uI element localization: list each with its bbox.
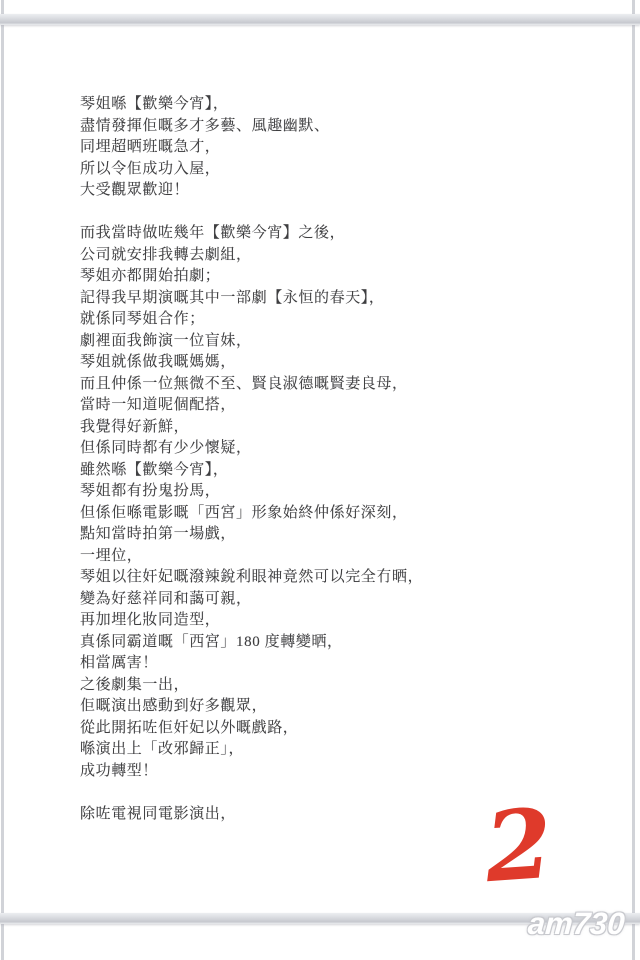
article-line: 公司就安排我轉去劇組， <box>80 245 600 267</box>
am730-watermark: am730 <box>527 906 626 942</box>
article-line: 喺演出上「改邪歸正」， <box>80 739 600 761</box>
article-line: 但係佢喺電影嘅「西宮」形象始終仲係好深刻， <box>80 503 600 525</box>
article-line: 同埋超晒班嘅急才， <box>80 137 600 159</box>
article-line: 佢嘅演出感動到好多觀眾， <box>80 696 600 718</box>
article-line: 琴姐都有扮鬼扮馬， <box>80 481 600 503</box>
scanned-article-page: 琴姐喺【歡樂今宵】，盡情發揮佢嘅多才多藝、風趣幽默、同埋超晒班嘅急才，所以令佢成… <box>0 0 640 960</box>
article-line: 琴姐亦都開始拍劇； <box>80 266 600 288</box>
article-line: 盡情發揮佢嘅多才多藝、風趣幽默、 <box>80 116 600 138</box>
article-line: 但係同時都有少少懷疑， <box>80 438 600 460</box>
article-line: 變為好慈祥同和藹可親， <box>80 589 600 611</box>
article-line: 之後劇集一出， <box>80 675 600 697</box>
article-line: 而我當時做咗幾年【歡樂今宵】之後， <box>80 223 600 245</box>
article-line: 相當厲害！ <box>80 653 600 675</box>
article-text-block: 琴姐喺【歡樂今宵】，盡情發揮佢嘅多才多藝、風趣幽默、同埋超晒班嘅急才，所以令佢成… <box>80 94 600 825</box>
article-line: 一埋位， <box>80 546 600 568</box>
article-line: 當時一知道呢個配搭， <box>80 395 600 417</box>
article-line: 琴姐喺【歡樂今宵】， <box>80 94 600 116</box>
article-line: 真係同霸道嘅「西宮」180 度轉變晒， <box>80 632 600 654</box>
article-line: 成功轉型！ <box>80 761 600 783</box>
article-line: 琴姐以往奸妃嘅潑辣銳利眼神竟然可以完全冇晒， <box>80 567 600 589</box>
article-line: 大受觀眾歡迎！ <box>80 180 600 202</box>
article-line: 所以令佢成功入屋， <box>80 159 600 181</box>
article-line: 再加埋化妝同造型， <box>80 610 600 632</box>
page-edge-line-left <box>1 0 4 960</box>
article-line: 記得我早期演嘅其中一部劇【永恒的春天】， <box>80 288 600 310</box>
article-line: 而且仲係一位無微不至、賢良淑德嘅賢妻良母， <box>80 374 600 396</box>
page-divider-top <box>0 14 640 25</box>
handwritten-page-number: 2 <box>470 793 567 909</box>
article-line: 點知當時拍第一場戲， <box>80 524 600 546</box>
article-line <box>80 202 600 224</box>
article-line: 琴姐就係做我嘅媽媽， <box>80 352 600 374</box>
article-line: 就係同琴姐合作； <box>80 309 600 331</box>
article-line: 從此開拓咗佢奸妃以外嘅戲路， <box>80 718 600 740</box>
article-line: 劇裡面我飾演一位盲妹， <box>80 331 600 353</box>
article-line: 我覺得好新鮮， <box>80 417 600 439</box>
page-edge-line-right <box>632 0 635 960</box>
article-line: 雖然喺【歡樂今宵】， <box>80 460 600 482</box>
